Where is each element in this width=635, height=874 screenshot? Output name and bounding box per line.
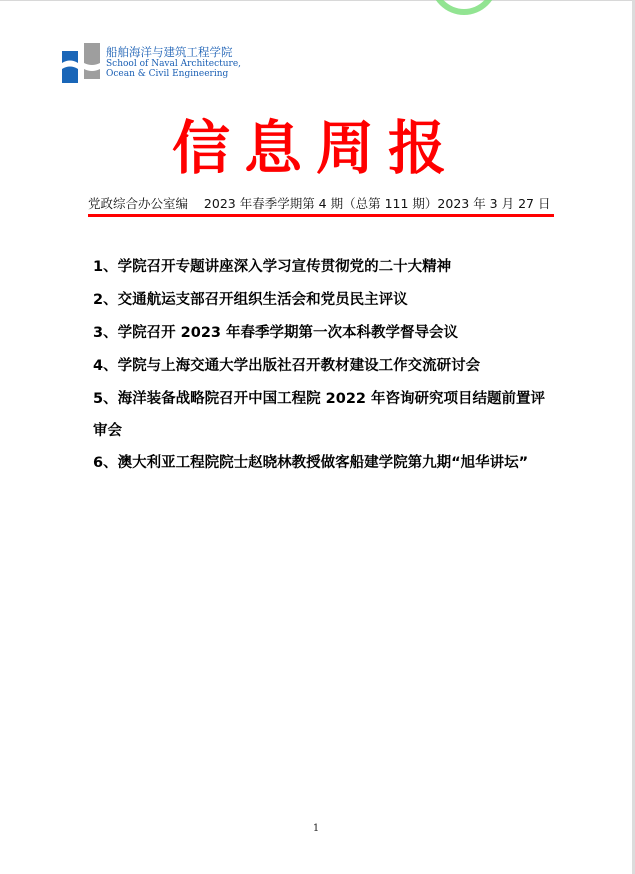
issue-info-line: 党政综合办公室编 2023 年春季学期第 4 期（总第 111 期）2023 年… bbox=[88, 194, 550, 212]
contents-item[interactable]: 2、交通航运支部召开组织生活会和党员民主评议 bbox=[93, 284, 548, 317]
school-name-en: School of Naval Architecture, Ocean & Ci… bbox=[106, 59, 241, 79]
school-name-en-line2: Ocean & Civil Engineering bbox=[106, 69, 241, 79]
contents-item[interactable]: 4、学院与上海交通大学出版社召开教材建设工作交流研讨会 bbox=[93, 350, 548, 383]
contents-item[interactable]: 3、学院召开 2023 年春季学期第一次本科教学督导会议 bbox=[93, 317, 548, 350]
school-name-cn: 船舶海洋与建筑工程学院 bbox=[106, 44, 233, 60]
masthead-title: 信息周报 bbox=[0, 113, 632, 183]
page-number: 1 bbox=[0, 823, 632, 834]
school-name-en-line1: School of Naval Architecture, bbox=[106, 59, 241, 69]
issue-details: 2023 年春季学期第 4 期（总第 111 期）2023 年 3 月 27 日 bbox=[204, 196, 551, 211]
contents-item[interactable]: 1、学院召开专题讲座深入学习宣传贯彻党的二十大精神 bbox=[93, 251, 548, 284]
document-page: 船舶海洋与建筑工程学院 School of Naval Architecture… bbox=[0, 0, 632, 874]
editor-label: 党政综合办公室编 bbox=[88, 196, 188, 211]
school-logo: 船舶海洋与建筑工程学院 School of Naval Architecture… bbox=[60, 41, 220, 85]
school-emblem-icon bbox=[60, 41, 104, 85]
red-divider bbox=[88, 214, 554, 217]
contents-item[interactable]: 5、海洋装备战略院召开中国工程院 2022 年咨询研究项目结题前置评审会 bbox=[93, 383, 548, 447]
decorative-green-arc bbox=[430, 0, 498, 15]
contents-list: 1、学院召开专题讲座深入学习宣传贯彻党的二十大精神 2、交通航运支部召开组织生活… bbox=[93, 251, 548, 480]
contents-item[interactable]: 6、澳大利亚工程院院士赵晓林教授做客船建学院第九期“旭华讲坛” bbox=[93, 447, 548, 480]
